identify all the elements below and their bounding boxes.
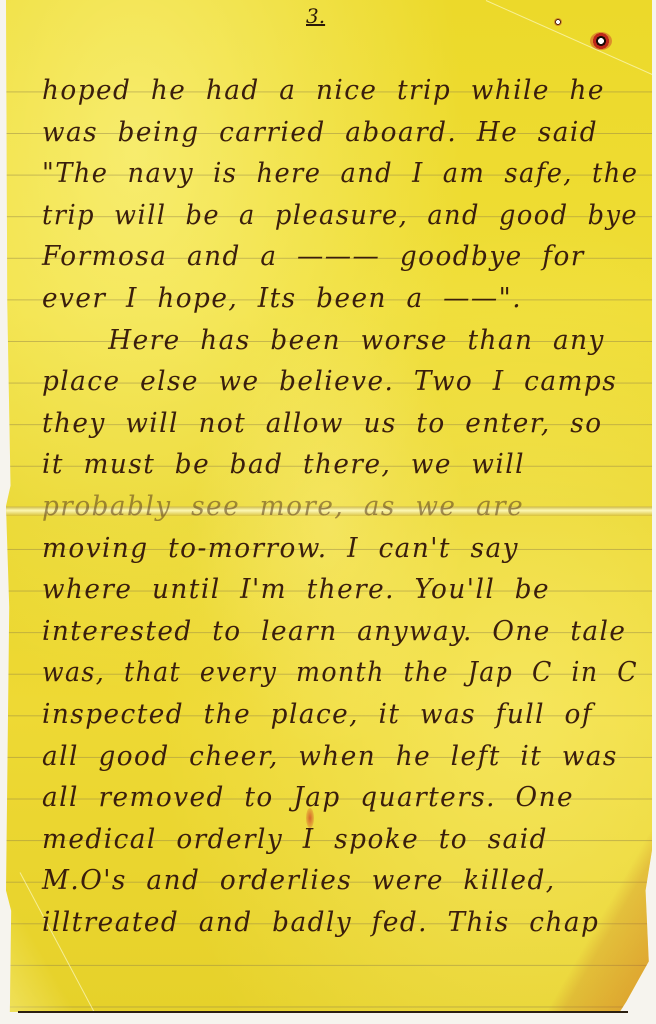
letter-line: was being carried aboard. He said	[42, 112, 638, 154]
letter-page: 3. hoped he had a nice trip while he was…	[6, 0, 652, 1012]
letter-line: trip will be a pleasure, and good bye	[42, 195, 624, 237]
letter-line: probably see more, as we are	[42, 486, 638, 528]
paper-bottom-edge	[18, 1011, 628, 1013]
letter-line: moving to-morrow. I can't say	[42, 528, 638, 570]
letter-body: hoped he had a nice trip while he was be…	[42, 70, 654, 943]
letter-line: Here has been worse than any	[42, 320, 638, 362]
letter-line: all good cheer, when he left it was	[42, 736, 638, 778]
letter-line: inspected the place, it was full of	[42, 694, 638, 736]
letter-line: all removed to Jap quarters. One	[42, 777, 638, 819]
letter-line: Formosa and a ——— goodbye for	[42, 236, 638, 278]
letter-line: where until I'm there. You'll be	[42, 569, 638, 611]
letter-line: medical orderly I spoke to said	[42, 819, 638, 861]
pin-hole-stain	[590, 32, 612, 50]
pin-hole-small	[554, 18, 562, 26]
letter-line: they will not allow us to enter, so	[42, 403, 638, 445]
letter-line: illtreated and badly fed. This chap	[42, 902, 638, 944]
letter-line: place else we believe. Two I camps	[42, 361, 638, 403]
letter-line: it must be bad there, we will	[42, 444, 638, 486]
letter-line: was, that every month the Jap C in C	[42, 652, 614, 694]
letter-line: hoped he had a nice trip while he	[42, 70, 638, 112]
letter-line: "The navy is here and I am safe, the	[42, 153, 624, 195]
letter-line: interested to learn anyway. One tale	[42, 611, 638, 653]
page-number: 3.	[306, 4, 325, 28]
letter-line: ever I hope, Its been a ——".	[42, 278, 638, 320]
letter-line: M.O's and orderlies were killed,	[42, 860, 638, 902]
